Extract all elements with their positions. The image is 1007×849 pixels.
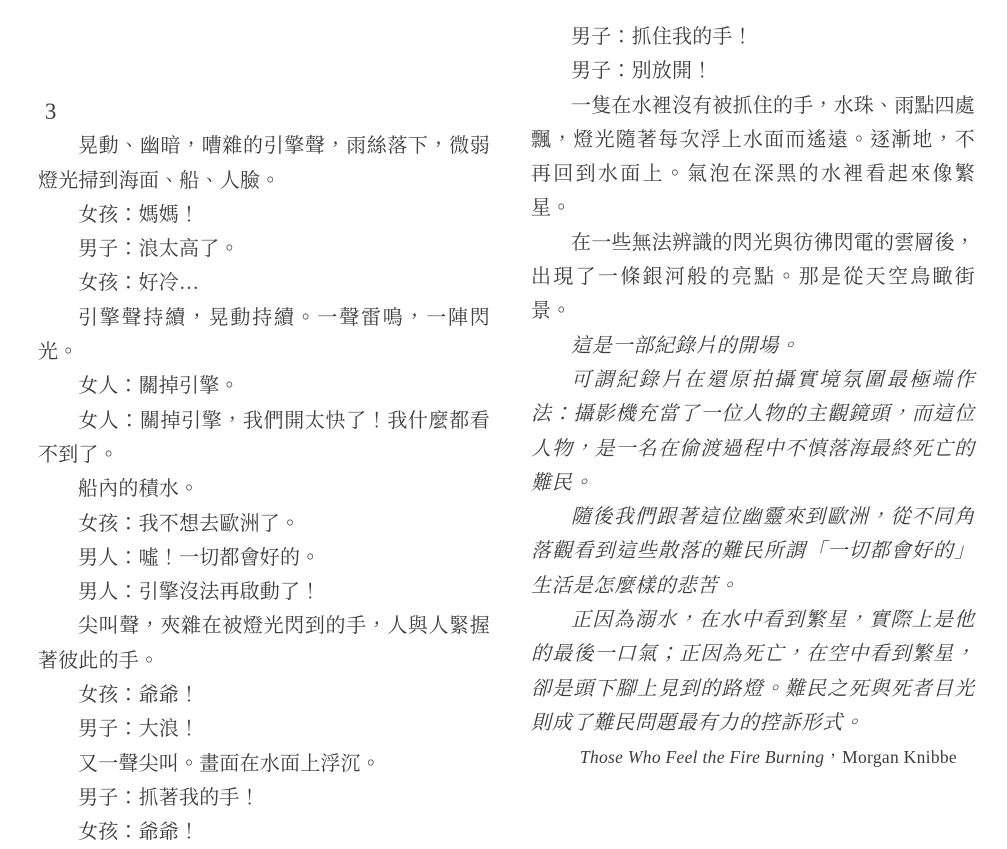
dialogue-line: 男子：大浪！ — [38, 712, 490, 746]
commentary-paragraph: 隨後我們跟著這位幽靈來到歐洲，從不同角落觀看到這些散落的難民所謂「一切都會好的」… — [531, 500, 975, 603]
right-page-column: 男子：抓住我的手！ 男子：別放開！ 一隻在水裡沒有被抓住的手，水珠、雨點四處飄，… — [531, 20, 975, 775]
scene-description: 又一聲尖叫。畫面在水面上浮沉。 — [38, 747, 490, 781]
dialogue-line: 女人：關掉引擎。 — [38, 369, 490, 403]
scene-description: 尖叫聲，夾雜在被燈光閃到的手，人與人緊握著彼此的手。 — [38, 609, 490, 678]
scene-description: 引擎聲持續，晃動持續。一聲雷鳴，一陣閃光。 — [38, 301, 490, 370]
dialogue-line: 男子：抓住我的手！ — [531, 20, 975, 54]
document-page: 3 晃動、幽暗，嘈雜的引擎聲，雨絲落下，微弱燈光掃到海面、船、人臉。 女孩：媽媽… — [0, 0, 1007, 849]
chapter-number: 3 — [38, 95, 490, 129]
commentary-paragraph: 這是一部紀錄片的開場。 — [531, 329, 975, 363]
dialogue-line: 女孩：爺爺！ — [38, 815, 490, 849]
dialogue-line: 女孩：爺爺！ — [38, 678, 490, 712]
dialogue-line: 男子：別放開！ — [531, 54, 975, 88]
dialogue-line: 男人：引擎沒法再啟動了！ — [38, 575, 490, 609]
film-director: Morgan Knibbe — [842, 747, 957, 767]
commentary-paragraph: 可謂紀錄片在還原拍攝實境氛圍最極端作法：攝影機充當了一位人物的主觀鏡頭，而這位人… — [531, 363, 975, 500]
dialogue-line: 男人：噓！一切都會好的。 — [38, 541, 490, 575]
film-attribution: Those Who Feel the Fire Burning，Morgan K… — [531, 740, 975, 774]
scene-description: 晃動、幽暗，嘈雜的引擎聲，雨絲落下，微弱燈光掃到海面、船、人臉。 — [38, 129, 490, 198]
attribution-separator: ， — [824, 747, 842, 767]
dialogue-line: 男子：浪太高了。 — [38, 232, 490, 266]
film-title: Those Who Feel the Fire Burning — [580, 747, 824, 767]
scene-description: 一隻在水裡沒有被抓住的手，水珠、雨點四處飄，燈光隨著每次浮上水面而遙遠。逐漸地，… — [531, 89, 975, 226]
dialogue-line: 女人：關掉引擎，我們開太快了！我什麼都看不到了。 — [38, 404, 490, 473]
scene-description: 在一些無法辨識的閃光與彷彿閃電的雲層後，出現了一條銀河般的亮點。那是從天空鳥瞰街… — [531, 226, 975, 329]
dialogue-line: 女孩：我不想去歐洲了。 — [38, 507, 490, 541]
dialogue-line: 女孩：好冷… — [38, 266, 490, 300]
dialogue-line: 男子：抓著我的手！ — [38, 781, 490, 815]
left-page-column: 3 晃動、幽暗，嘈雜的引擎聲，雨絲落下，微弱燈光掃到海面、船、人臉。 女孩：媽媽… — [38, 95, 490, 849]
commentary-paragraph: 正因為溺水，在水中看到繁星，實際上是他的最後一口氣；正因為死亡，在空中看到繁星，… — [531, 603, 975, 740]
scene-description: 船內的積水。 — [38, 472, 490, 506]
dialogue-line: 女孩：媽媽！ — [38, 198, 490, 232]
